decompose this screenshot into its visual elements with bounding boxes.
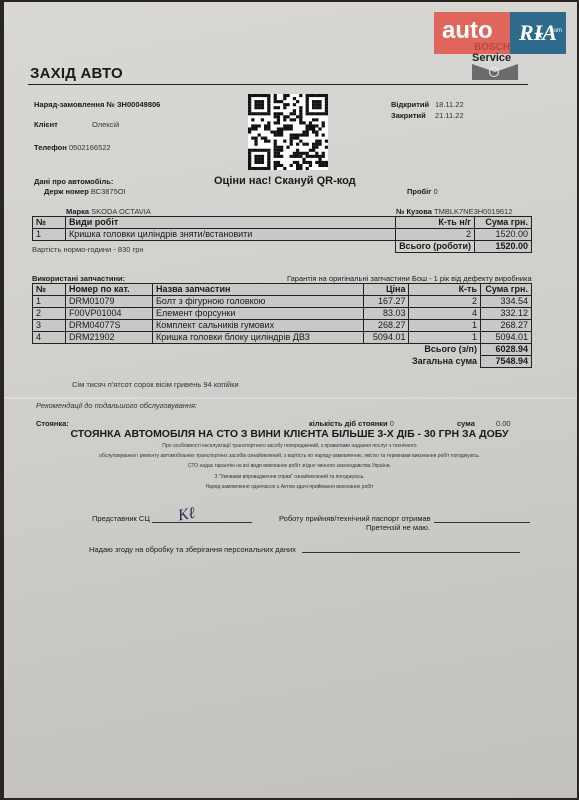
- table-row: 1DRM01079Болт з фігурною головкою167.272…: [33, 296, 532, 308]
- warranty-note: Гарантія на оригінальні запчастини Бош -…: [287, 274, 532, 283]
- opened-label: Відкритий: [391, 100, 429, 109]
- works-header-qty: К-ть н/г: [396, 217, 475, 229]
- parts-cell-code: F00VP01004: [66, 308, 153, 320]
- accepted-label: Роботу прийняв/технічний паспорт отримав: [279, 514, 431, 523]
- table-row: 4DRM21902Кришка головки блоку циліндрів …: [33, 332, 532, 344]
- parts-cell-n: 1: [33, 296, 66, 308]
- works-total-label: Всього (роботи): [396, 241, 475, 253]
- table-row: 3DRM04077SКомплект сальників гумових268.…: [33, 320, 532, 332]
- parts-cell-n: 4: [33, 332, 66, 344]
- bosch-armature-icon: [489, 67, 499, 77]
- rep-label: Представник СЦ: [92, 514, 150, 523]
- parking-sum-label: сума: [457, 419, 475, 428]
- consent-signature-line[interactable]: [302, 552, 520, 553]
- parts-cell-sum: 268.27: [481, 320, 532, 332]
- parts-cell-qty: 2: [409, 296, 481, 308]
- qr-caption: Оціни нас! Скануй QR-код: [214, 175, 356, 187]
- make: Марка SKODA OCTAVIA: [66, 207, 151, 216]
- terms-line-3: СТО надає гарантію на всі види виконаних…: [0, 463, 579, 469]
- order-number: Наряд-замовлення № ЗН00049806: [34, 100, 160, 109]
- accepted-signature-line[interactable]: [434, 522, 530, 523]
- parts-cell-qty: 4: [409, 308, 481, 320]
- parking-sum-value: 0.00: [496, 419, 511, 428]
- terms-line-4: З "Умовами впровадження справ" ознайомле…: [0, 474, 579, 480]
- parts-total-label: Всього (з/п): [409, 344, 481, 356]
- terms-line-1: Про особливості експлуатації транспортно…: [0, 443, 579, 449]
- grand-total-value: 7548.94: [481, 356, 532, 368]
- terms-line-2: обслуговування і ремонту автомобільних т…: [0, 453, 579, 459]
- parts-cell-name: Елемент форсунки: [153, 308, 364, 320]
- parts-cell-name: Болт з фігурною головкою: [153, 296, 364, 308]
- parts-cell-price: 167.27: [364, 296, 409, 308]
- parts-cell-sum: 5094.01: [481, 332, 532, 344]
- client-value: Олексій: [92, 120, 119, 129]
- vehicle-section-label: Дані про автомобіль:: [34, 177, 113, 186]
- star-icon: ★: [534, 14, 544, 56]
- parts-cell-n: 2: [33, 308, 66, 320]
- parts-header-sum: Сума грн.: [481, 284, 532, 296]
- parts-cell-price: 268.27: [364, 320, 409, 332]
- service-label: Service: [472, 52, 511, 64]
- rep-signature: Кℓ: [177, 505, 197, 526]
- table-row: 2F00VP01004Елемент форсунки83.034332.12: [33, 308, 532, 320]
- works-cell-sum: 1520.00: [475, 229, 532, 241]
- header-divider: [28, 84, 528, 85]
- plate: Держ номер ВС3875ОІ: [44, 187, 126, 196]
- works-total-value: 1520.00: [475, 241, 532, 253]
- parts-cell-name: Кришка головки блоку циліндрів ДВЗ: [153, 332, 364, 344]
- closed-date: 21.11.22: [435, 111, 464, 120]
- parts-cell-sum: 332.12: [481, 308, 532, 320]
- closed-label: Закритий: [391, 111, 426, 120]
- parking-label: Стоянка:: [36, 419, 69, 428]
- parts-cell-sum: 334.54: [481, 296, 532, 308]
- vin: № Кузова TMBLK7NE3H0019612: [396, 207, 512, 216]
- phone: Телефон 0502166522: [34, 143, 111, 152]
- works-cell-n: 1: [33, 229, 66, 241]
- parking-notice: СТОЯНКА АВТОМОБІЛЯ НА СТО З ВИНИ КЛІЄНТА…: [0, 428, 579, 440]
- recommendations-label: Рекомендації до подальшого обслуговуванн…: [36, 401, 197, 410]
- rep-signature-line[interactable]: [152, 522, 252, 523]
- parts-cell-qty: 1: [409, 332, 481, 344]
- mileage: Пробіг 0: [407, 187, 438, 196]
- parts-header-name: Назва запчастин: [153, 284, 364, 296]
- parts-section-label: Використані запчастини:: [32, 274, 125, 283]
- parts-cell-qty: 1: [409, 320, 481, 332]
- client-label: Клієнт: [34, 120, 58, 129]
- terms-line-5: Наряд-замовлення одночасно є Актом здачі…: [0, 484, 579, 490]
- parts-cell-code: DRM01079: [66, 296, 153, 308]
- ria-com: .com: [549, 10, 562, 52]
- opened-date: 18.11.22: [435, 100, 464, 109]
- parts-header-qty: К-ть: [409, 284, 481, 296]
- autoria-watermark-ria: ★ RIA .com: [510, 12, 566, 54]
- qr-code[interactable]: [248, 94, 328, 170]
- parts-cell-code: DRM04077S: [66, 320, 153, 332]
- parts-cell-name: Комплект сальників гумових: [153, 320, 364, 332]
- parts-header-n: №: [33, 284, 66, 296]
- works-cell-name: Кришка головки циліндрів зняти/встановит…: [66, 229, 396, 241]
- paper-fold: [4, 397, 577, 399]
- parking-days: кількість діб стоянки 0: [309, 419, 394, 428]
- works-header-name: Види робіт: [66, 217, 396, 229]
- table-row: 1 Кришка головки циліндрів зняти/встанов…: [33, 229, 532, 241]
- amount-in-words: Сім тисяч п'ятсот сорок вісім гривень 94…: [72, 380, 239, 389]
- company-name: ЗАХІД АВТО: [30, 65, 123, 82]
- grand-total-label: Загальна сума: [409, 356, 481, 368]
- consent-label: Надаю згоду на обробку та зберігання пер…: [89, 545, 296, 554]
- parts-cell-price: 83.03: [364, 308, 409, 320]
- parts-cell-code: DRM21902: [66, 332, 153, 344]
- no-claims: Претензій не маю.: [366, 523, 430, 532]
- parts-table: № Номер по кат. Назва запчастин Ціна К-т…: [32, 283, 532, 368]
- parts-total-value: 6028.94: [481, 344, 532, 356]
- parts-header-code: Номер по кат.: [66, 284, 153, 296]
- hour-rate: Вартість нормо-години - 830 грн: [32, 245, 144, 254]
- parts-cell-price: 5094.01: [364, 332, 409, 344]
- parts-header-price: Ціна: [364, 284, 409, 296]
- works-cell-qty: 2: [396, 229, 475, 241]
- parts-cell-n: 3: [33, 320, 66, 332]
- works-header-sum: Сума грн.: [475, 217, 532, 229]
- works-header-n: №: [33, 217, 66, 229]
